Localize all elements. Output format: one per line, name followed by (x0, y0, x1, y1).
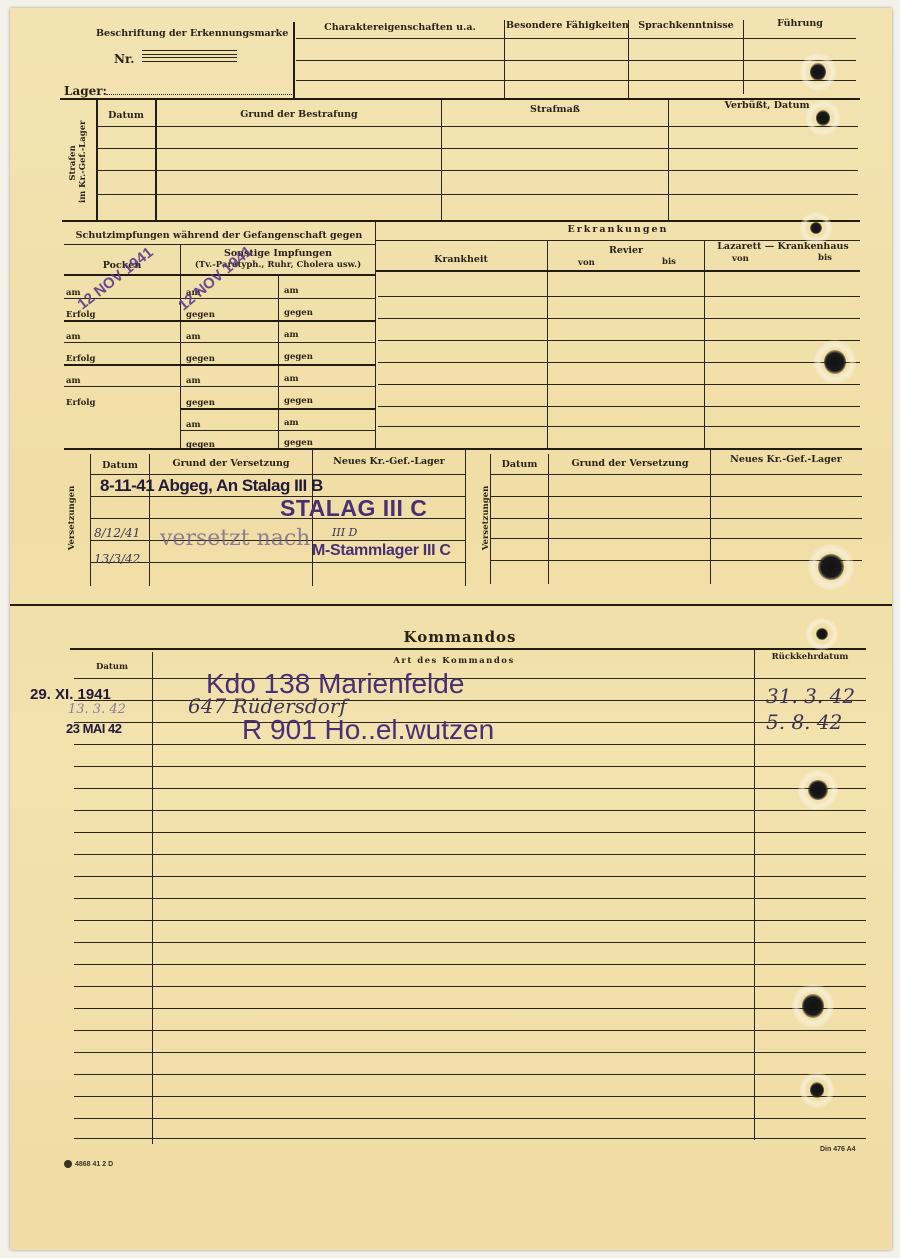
fold-line (10, 604, 892, 606)
sonstige-row-gegen: gegen (284, 308, 313, 318)
sonstige-row-am: am (284, 286, 299, 296)
sonstige-impfungen-label: Sonstige Impfungen (182, 248, 374, 259)
pocken-row-erfolg: Erfolg (66, 310, 95, 320)
stamp-m-stammlager-iii-c: M-Stammlager III C (312, 542, 451, 560)
pocken-row-erfolg: Erfolg (66, 398, 95, 408)
sonstige-row-gegen: gegen (284, 396, 313, 406)
pocken-row-erfolg: Erfolg (66, 354, 95, 364)
rule (490, 538, 862, 539)
rule (376, 270, 860, 272)
col-datum-left: Datum (92, 460, 148, 471)
rule (64, 342, 376, 343)
versetzung-date-3: 13/3/42 (94, 552, 140, 566)
pocken-row-am: am (66, 332, 81, 342)
rule (96, 148, 858, 149)
sonstige-row-am: am (186, 376, 201, 386)
sonstige-row-am: am (284, 330, 299, 340)
rule (64, 386, 376, 387)
kommando-rueckkehr: 31. 3. 42 (766, 684, 855, 708)
rule (64, 364, 376, 366)
punch-hole (808, 780, 828, 800)
col-lazarett-krankenhaus: Lazarett — Krankenhaus (708, 241, 858, 252)
rule (180, 298, 376, 299)
sonstige-row-am: am (284, 374, 299, 384)
sonstige-row-am: am (186, 332, 201, 342)
strafen-side-label: Strafen im Kr.-Gef.-Lager (68, 123, 88, 203)
punch-hole (816, 628, 828, 640)
col-neues-lager-right: Neues Kr.-Gef.-Lager (712, 454, 860, 465)
sonstige-impfungen-sub: (Tv.-Paratyph., Ruhr, Cholera usw.) (182, 260, 374, 270)
punch-hole (816, 110, 830, 126)
punch-hole (810, 1082, 824, 1098)
rule (96, 170, 858, 171)
lazarett-bis: bis (818, 253, 832, 263)
stamp-versetzt-nach: versetzt nach (160, 526, 310, 551)
divider (155, 100, 157, 222)
revier-von: von (578, 258, 595, 268)
footer-din-format: Din 476 A4 (820, 1146, 856, 1153)
erkennungsmarke-label: Beschriftung der Erkennungsmarke (96, 28, 288, 39)
nov-1941-stamp-1: 12 NOV 1941 (74, 244, 156, 313)
kommandos-title: Kommandos (310, 628, 610, 646)
rule (296, 38, 856, 39)
rule (74, 678, 866, 679)
col-datum: Datum (98, 110, 154, 121)
rule (64, 448, 862, 450)
rule (378, 340, 860, 341)
rule (96, 126, 858, 127)
sonstige-row-am: am (284, 418, 299, 428)
col-besondere-faehigkeiten: Besondere Fähigkeiten (506, 20, 626, 31)
divider (293, 22, 295, 100)
sonstige-row-gegen: gegen (186, 398, 215, 408)
rule (64, 244, 376, 245)
divider (278, 274, 279, 450)
nr-label: Nr. (114, 52, 134, 66)
erkrankungen-title: Erkrankungen (376, 224, 860, 235)
col-krankheit: Krankheit (376, 254, 546, 265)
col-grund-versetzung-right: Grund der Versetzung (551, 458, 709, 469)
divider (710, 450, 711, 584)
rule (490, 518, 862, 519)
rule (490, 496, 862, 497)
sonstige-row-gegen: gegen (284, 438, 313, 448)
printer-mark-icon (64, 1160, 72, 1168)
punch-hole (802, 994, 824, 1018)
footer-print-code: 4868 41 2 D (64, 1160, 113, 1168)
rule (90, 562, 466, 563)
kommando-datum: 29. XI. 1941 (30, 686, 111, 703)
col-revier: Revier (550, 245, 702, 256)
rule (296, 60, 856, 61)
col-art-des-kommandos: Art des Kommandos (156, 656, 752, 666)
lager-label: Lager: (64, 84, 107, 98)
versetzungen-side-label-left: Versetzungen (67, 478, 77, 558)
kommando-art: R 901 Ho..el.wutzen (242, 714, 494, 746)
col-grund-versetzung-left: Grund der Versetzung (152, 458, 310, 469)
impfungen-title: Schutzimpfungen während der Gefangenscha… (64, 230, 374, 241)
stamp-stalag-iii-c: STALAG III C (280, 495, 427, 522)
rule (180, 430, 376, 431)
rule (70, 648, 866, 650)
kommando-datum: 23 MAI 42 (66, 721, 121, 736)
rule (64, 320, 376, 322)
col-charaktereigenschaften: Charaktereigenschaften u.a. (300, 22, 500, 33)
punch-hole (810, 222, 822, 234)
kommando-rueckkehr: 5. 8. 42 (766, 710, 842, 734)
col-datum-right: Datum (492, 459, 547, 470)
rule (90, 474, 466, 475)
rule (96, 194, 858, 195)
footer-left-text: 4868 41 2 D (75, 1161, 113, 1168)
rule (378, 426, 860, 427)
nr-field-lines (142, 50, 237, 62)
revier-bis: bis (662, 257, 676, 267)
divider (668, 100, 669, 222)
versetzung-date-2: 8/12/41 (94, 526, 140, 540)
handwritten-iii-d: III D (332, 526, 357, 539)
strafen-side-label-2: im Kr.-Gef.-Lager (78, 120, 88, 203)
col-grund-der-bestrafung: Grund der Bestrafung (158, 109, 440, 120)
rule (378, 384, 860, 385)
punch-hole (810, 63, 826, 81)
pocken-row-am: am (66, 376, 81, 386)
col-kommando-datum: Datum (74, 662, 150, 672)
col-strafmass: Strafmaß (444, 104, 666, 115)
lager-field-line (106, 94, 292, 95)
punch-hole (818, 554, 844, 580)
col-rueckkehrdatum: Rückkehrdatum (758, 652, 862, 662)
rule (180, 408, 376, 410)
kommando-datum: 13. 3. 42 (68, 702, 126, 717)
sonstige-row-gegen: gegen (186, 354, 215, 364)
rule (378, 296, 860, 297)
divider (441, 100, 442, 222)
strafen-side-label-1: Strafen (68, 145, 78, 180)
document-sheet: Beschriftung der Erkennungsmarke Nr. Lag… (10, 8, 892, 1250)
col-neues-lager-left: Neues Kr.-Gef.-Lager (315, 456, 463, 467)
stamp-abgeg-stalag-iii-b: 8-11-41 Abgeg, An Stalag III B (100, 476, 323, 496)
divider (743, 20, 744, 94)
punch-hole (824, 350, 846, 374)
rule (378, 318, 860, 319)
rule (378, 406, 860, 407)
rule (296, 80, 856, 81)
rule (378, 362, 860, 363)
lazarett-von: von (732, 254, 749, 264)
col-sprachkenntnisse: Sprachkenntnisse (630, 20, 742, 31)
rule (490, 474, 862, 475)
rule (490, 560, 862, 561)
sonstige-row-gegen: gegen (284, 352, 313, 362)
col-fuehrung: Führung (745, 18, 855, 29)
sonstige-row-am: am (186, 420, 201, 430)
sonstige-row-gegen: gegen (186, 310, 215, 320)
rule (62, 220, 860, 222)
